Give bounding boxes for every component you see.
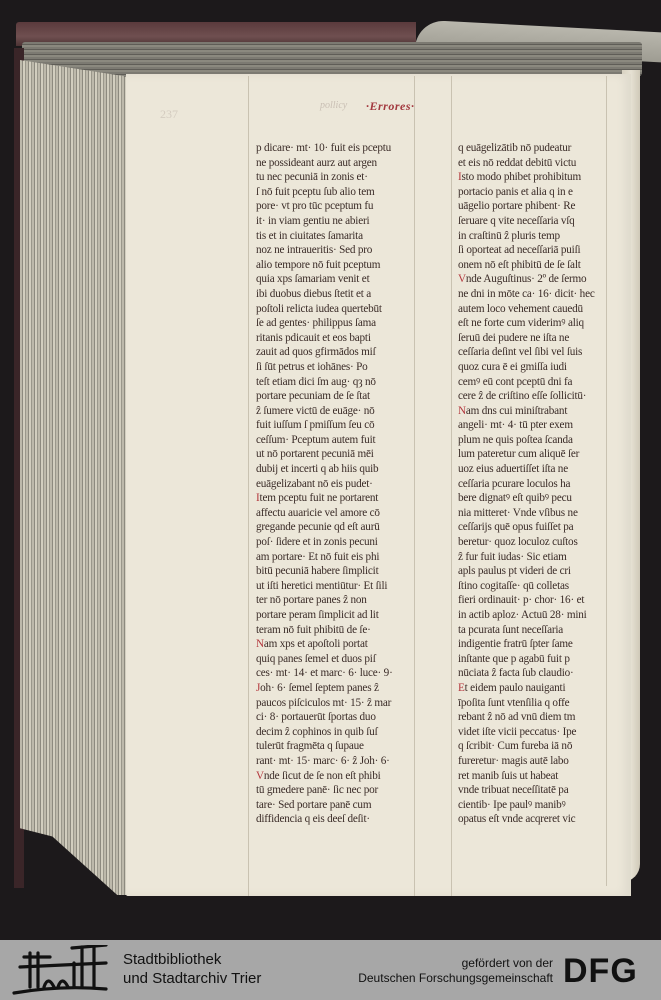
ruling-line bbox=[451, 76, 452, 896]
manuscript-line: ſi oporteat ad neceſſariā puiſi bbox=[458, 243, 630, 258]
manuscript-line: uāgelio portare phibent· Re bbox=[458, 199, 630, 214]
manuscript-line: noz ne intraueritis· Sed pro bbox=[256, 243, 434, 258]
manuscript-line: alio tempore nō fuit pceptum bbox=[256, 258, 434, 273]
manuscript-line: plum ne quis poſtea ſcanda bbox=[458, 433, 630, 448]
manuscript-line: nūciata ẑ facta ſub claudio· bbox=[458, 666, 630, 681]
book-fore-edge bbox=[20, 60, 128, 895]
manuscript-line: ceſſum· Pceptum autem fuit bbox=[256, 433, 434, 448]
manuscript-line: Item pceptu fuit ne portarent bbox=[256, 491, 434, 506]
running-header-text: Errores bbox=[370, 99, 412, 113]
manuscript-line: lum pateretur cum aliquē ſer bbox=[458, 447, 630, 462]
funding-line2: Deutschen Forschungsgemeinschaft bbox=[358, 971, 553, 986]
manuscript-line: p dicare· mt· 10· fuit eis pceptu bbox=[256, 141, 434, 156]
manuscript-line: fureretur· magis autē labo bbox=[458, 754, 630, 769]
manuscript-line: portare peram ſimplicit ad lit bbox=[256, 608, 434, 623]
manuscript-line: tū gmedere panē· ſic nec por bbox=[256, 783, 434, 798]
manuscript-line: rebant ẑ nō ad vnū diem tm bbox=[458, 710, 630, 725]
manuscript-line: fuit iuſſum ſ pmiſſum ſeu cō bbox=[256, 418, 434, 433]
stadtbibliothek-logo-icon bbox=[10, 945, 110, 997]
manuscript-line: am portare· Et nō fuit eis phi bbox=[256, 550, 434, 565]
manuscript-line: rant· mt· 15· marc· 6· ẑ Joh· 6· bbox=[256, 754, 434, 769]
manuscript-line: paucos piſciculos mt· 15· ẑ mar bbox=[256, 696, 434, 711]
manuscript-line: Nam dns cui miniſtrabant bbox=[458, 404, 630, 419]
manuscript-line: portare pecuniam de ſe ſtat bbox=[256, 389, 434, 404]
manuscript-line: eſt ne forte cum viderimꝰ aliq bbox=[458, 316, 630, 331]
manuscript-line: uoz eius aduertiſſet iſta ne bbox=[458, 462, 630, 477]
manuscript-line: Et eidem paulo nauiganti bbox=[458, 681, 630, 696]
rubric-initial: I bbox=[458, 171, 462, 183]
manuscript-line: apls paulus pt videri de cri bbox=[458, 564, 630, 579]
manuscript-line: quia xps ſamariam venit et bbox=[256, 272, 434, 287]
manuscript-line: ritanis pdicauit et eos bapti bbox=[256, 331, 434, 346]
manuscript-line: ceſſarijs quē opus fuiſſet pa bbox=[458, 520, 630, 535]
funding-note: gefördert von der Deutschen Forschungsge… bbox=[358, 956, 553, 986]
manuscript-scan: 237 pollicy ·Errores· p dicare· mt· 10· … bbox=[0, 0, 661, 940]
manuscript-line: ret manib ſuis ut habeat bbox=[458, 769, 630, 784]
text-column-left: p dicare· mt· 10· fuit eis pceptune poss… bbox=[256, 141, 434, 827]
manuscript-line: ne dni in mōte ca· 16· dicit· hec bbox=[458, 287, 630, 302]
manuscript-line: tis et in ciuitates ſamarita bbox=[256, 229, 434, 244]
manuscript-line: ſeruare q vite neceſſaria vſq bbox=[458, 214, 630, 229]
manuscript-line: ci· 8· portauerūt ſportas duo bbox=[256, 710, 434, 725]
manuscript-line: ibi duobus diebus ſtetit et a bbox=[256, 287, 434, 302]
rubric-initial: N bbox=[458, 405, 466, 417]
manuscript-line: bitū pecuniā habere ſimplicit bbox=[256, 564, 434, 579]
manuscript-line: poſtoli relicta iudea quertebūt bbox=[256, 302, 434, 317]
library-name: Stadtbibliothek und Stadtarchiv Trier bbox=[123, 950, 261, 988]
manuscript-line: inſtante que p agabū fuit p bbox=[458, 652, 630, 667]
manuscript-line: it· in viam gentiu ne abieri bbox=[256, 214, 434, 229]
manuscript-line: Vnde ſicut de ſe non eſt phibi bbox=[256, 769, 434, 784]
manuscript-line: ẑ ſumere victū de euāge· nō bbox=[256, 404, 434, 419]
manuscript-line: ẑ fur fuit iudas· Sic etiam bbox=[458, 550, 630, 565]
manuscript-line: teſt etiam dici ſm aug· qȝ nō bbox=[256, 375, 434, 390]
library-name-line1: Stadtbibliothek bbox=[123, 950, 261, 969]
rubric-initial: N bbox=[256, 638, 264, 650]
rubric-initial: J bbox=[256, 682, 260, 694]
dfg-logo: DFG bbox=[563, 953, 638, 989]
manuscript-line: videt iſte vicii peccatus· Ipe bbox=[458, 725, 630, 740]
manuscript-line: q ſcribit· Cum fureba iā nō bbox=[458, 739, 630, 754]
manuscript-line: q euāgelizātib nō pudeatur bbox=[458, 141, 630, 156]
rubric-initial: I bbox=[256, 492, 260, 504]
manuscript-line: gregande pecunie qd eſt aurū bbox=[256, 520, 434, 535]
footer-banner: Stadtbibliothek und Stadtarchiv Trier ge… bbox=[0, 940, 661, 1000]
manuscript-line: vnde tribuat neceſſitatē pa bbox=[458, 783, 630, 798]
ruling-line bbox=[248, 76, 249, 896]
funding-line1: gefördert von der bbox=[358, 956, 553, 971]
manuscript-line: decim ẑ cophinos in quib ſuſ bbox=[256, 725, 434, 740]
manuscript-line: indigentie fratrū ſpter ſame bbox=[458, 637, 630, 652]
page-block-top-edge bbox=[22, 42, 642, 76]
manuscript-line: teram nō fuit phibitū de ſe· bbox=[256, 623, 434, 638]
manuscript-line: quoz cura ē ei gmiſſa iudi bbox=[458, 360, 630, 375]
rubric-initial: E bbox=[458, 682, 465, 694]
manuscript-line: ces· mt· 14· et marc· 6· luce· 9· bbox=[256, 666, 434, 681]
manuscript-line: ceſſaria pcurare loculos ha bbox=[458, 477, 630, 492]
rubric-initial: V bbox=[256, 770, 264, 782]
manuscript-line: et eis nō reddat debitū victu bbox=[458, 156, 630, 171]
manuscript-line: quiq panes ſemel et duos piſ bbox=[256, 652, 434, 667]
manuscript-line: nia mitteret· Vnde vſibus ne bbox=[458, 506, 630, 521]
manuscript-line: portacio panis et alia q in e bbox=[458, 185, 630, 200]
manuscript-line: ſeruū dei pudere ne iſta ne bbox=[458, 331, 630, 346]
manuscript-line: ta pcurata ſunt neceſſaria bbox=[458, 623, 630, 638]
manuscript-line: cientib· Ipe paulꝰ manibꝰ bbox=[458, 798, 630, 813]
manuscript-line: euāgelizabant nō eis pudet· bbox=[256, 477, 434, 492]
manuscript-line: in actib aploz· Actuū 28· mini bbox=[458, 608, 630, 623]
manuscript-line: in craſtinū ẑ pluris temp bbox=[458, 229, 630, 244]
manuscript-line: ut iſti heretici mentiūtur· Et ſili bbox=[256, 579, 434, 594]
manuscript-line: fieri ordinauit· p· chor· 16· et bbox=[458, 593, 630, 608]
manuscript-line: cemꝰ eū cont pceptū dni fa bbox=[458, 375, 630, 390]
manuscript-line: pore· vt pro tūc pceptum fu bbox=[256, 199, 434, 214]
manuscript-line: Vnde Auguſtinus· 2º de ſermo bbox=[458, 272, 630, 287]
manuscript-line: diffidencia q eis deeſ deſit· bbox=[256, 812, 434, 827]
manuscript-line: ſ nō fuit pceptu ſub alio tem bbox=[256, 185, 434, 200]
text-column-right: q euāgelizātib nō pudeaturet eis nō redd… bbox=[458, 141, 630, 827]
manuscript-line: ter nō portare panes ẑ non bbox=[256, 593, 434, 608]
manuscript-line: bere dignatꝰ eſt quibꝰ pecu bbox=[458, 491, 630, 506]
manuscript-line: angeli· mt· 4· tū pter exem bbox=[458, 418, 630, 433]
manuscript-line: zauit ad quos gfirmādos miſ bbox=[256, 345, 434, 360]
manuscript-line: cere ẑ de criſtino eſſe ſollicitū· bbox=[458, 389, 630, 404]
manuscript-line: ſe ad gentes· philippus ſama bbox=[256, 316, 434, 331]
manuscript-line: ut nō portarent pecuniā mēi bbox=[256, 447, 434, 462]
manuscript-line: ſi ſūt petrus et iohānes· Po bbox=[256, 360, 434, 375]
manuscript-line: beretur· quoz loculoz cuſtos bbox=[458, 535, 630, 550]
rubric-initial: V bbox=[458, 273, 466, 285]
manuscript-line: tulerūt fragmēta q ſupaue bbox=[256, 739, 434, 754]
manuscript-line: ceſſaria deſint vel ſibi vel ſuis bbox=[458, 345, 630, 360]
running-header: ·Errores· bbox=[366, 99, 415, 114]
manuscript-line: onem nō eſt phibitū de ſe ſalt bbox=[458, 258, 630, 273]
manuscript-line: ne possideant aurz aut argen bbox=[256, 156, 434, 171]
manuscript-line: Isto modo phibet prohibitum bbox=[458, 170, 630, 185]
manuscript-line: affectu auaricie vel amore cō bbox=[256, 506, 434, 521]
manuscript-line: opatus eſt vnde acqreret vic bbox=[458, 812, 630, 827]
manuscript-line: tu nec pecuniā in zonis et· bbox=[256, 170, 434, 185]
manuscript-line: poſ· ſidere et in zonis pecuni bbox=[256, 535, 434, 550]
header-showthrough: pollicy bbox=[320, 100, 347, 111]
manuscript-line: īpoſita ſunt vtenſilia q offe bbox=[458, 696, 630, 711]
manuscript-line: tare· Sed portare panē cum bbox=[256, 798, 434, 813]
manuscript-line: Nam xps et apoſtoli portat bbox=[256, 637, 434, 652]
folio-number-showthrough: 237 bbox=[160, 107, 178, 122]
manuscript-line: dubij et incerti q ab hiis quib bbox=[256, 462, 434, 477]
manuscript-line: autem loco vehement cauedū bbox=[458, 302, 630, 317]
manuscript-line: ſtino cogitaſſe· qū colletas bbox=[458, 579, 630, 594]
library-name-line2: und Stadtarchiv Trier bbox=[123, 969, 261, 988]
manuscript-line: Joh· 6· ſemel ſeptem panes ẑ bbox=[256, 681, 434, 696]
